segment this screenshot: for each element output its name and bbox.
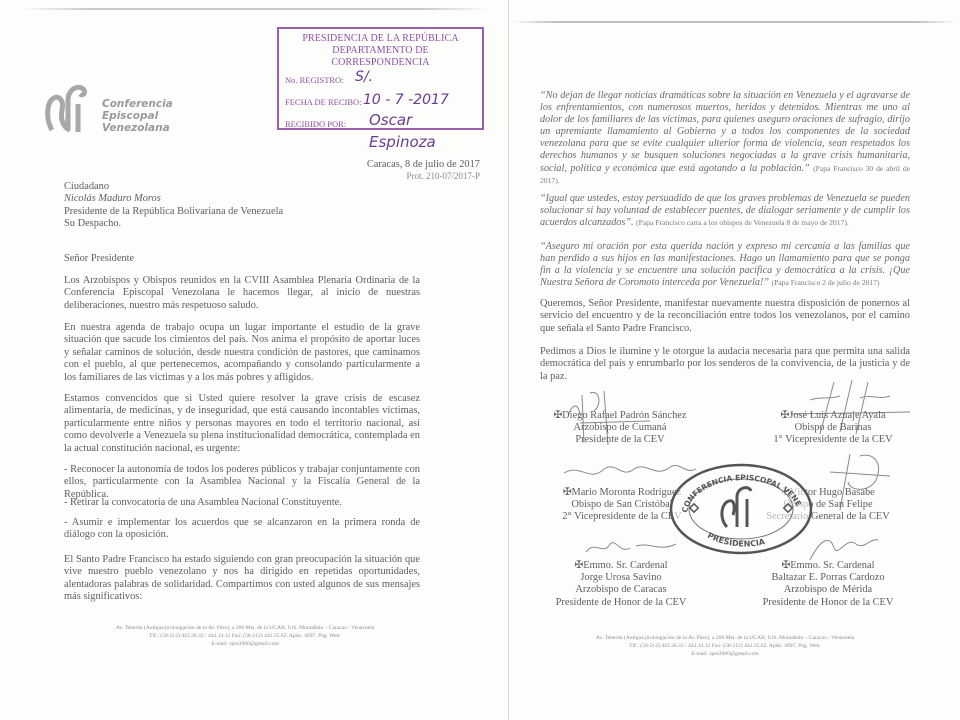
signatory-block: ✠Emmo. Sr. Cardenal Jorge Urosa Savino A… [526,560,716,609]
cev-monogram-icon [42,80,94,136]
quote-citation: (Papa Francisco carta a los obispos de V… [636,218,849,227]
stamp-title: PRESIDENCIA DE LA REPÚBLICA [285,33,476,45]
handwritten-receiver: Oscar Espinoza [369,109,476,153]
cev-seal-icon: CONFERENCIA EPISCOPAL VENEZOLANA PRESIDE… [669,463,814,555]
pope-quote: “Aseguro mi oración por esta querida nac… [540,241,910,289]
stamp-field-registro: No. REGISTRO: S/. [285,69,476,91]
demand-item: - Reconocer la autonomía de todos los po… [64,464,420,501]
signatory-block: ✠José Luis Azuaje Ayala Obispo de Barina… [738,410,928,447]
letterhead-footer: Av. Teherán (Antigua prolongación de la … [540,634,910,658]
signatory-block: ✠Emmo. Sr. Cardenal Baltazar E. Porras C… [733,560,923,609]
logo-text: Conferencia Episcopal Venezolana [102,98,173,134]
pope-quote: “No dejan de llegar noticias dramáticas … [540,90,910,187]
scan-edge [20,8,490,10]
stamp-field-recibido: RECIBIDO POR: Oscar Espinoza [285,113,476,135]
paragraph: El Santo Padre Francisco ha estado sigui… [64,554,420,604]
demand-item: - Retirar la convocatoria de una Asamble… [64,497,420,509]
closing-paragraph: Queremos, Señor Presidente, manifestar n… [540,298,910,335]
cev-logo: Conferencia Episcopal Venezolana [42,80,182,140]
page-divider [508,0,509,720]
paragraph: En nuestra agenda de trabajo ocupa un lu… [64,322,420,384]
handwritten-date: 10 - 7 -2017 [363,89,449,111]
demand-item: - Asumir e implementar los acuerdos que … [64,517,420,542]
quote-citation: (Papa Francisco 2 de julio de 2017) [772,278,880,287]
correspondence-stamp: PRESIDENCIA DE LA REPÚBLICA DEPARTAMENTO… [277,27,484,130]
stamp-subtitle: DEPARTAMENTO DE CORRESPONDENCIA [285,45,476,69]
salutation: Señor Presidente [64,253,134,265]
pope-quote: “Igual que ustedes, estoy persuadido de … [540,193,910,229]
paragraph: Estamos convencidos que si Usted quiere … [64,393,420,455]
handwritten-registro: S/. [355,66,373,88]
addressee-block: Ciudadano Nicolás Maduro Moros President… [64,181,464,231]
letterhead-footer: Av. Teherán (Antigua prolongación de la … [60,624,430,648]
closing-paragraph: Pedimos a Dios le ilumine y le otorgue l… [540,346,910,383]
signatory-block: ✠Diego Rafael Padrón Sánchez Arzobispo d… [525,410,715,447]
addressee-name: Nicolás Maduro Moros [64,193,464,205]
paragraph: Los Arzobispos y Obispos reunidos en la … [64,275,420,312]
scan-edge [512,21,957,23]
